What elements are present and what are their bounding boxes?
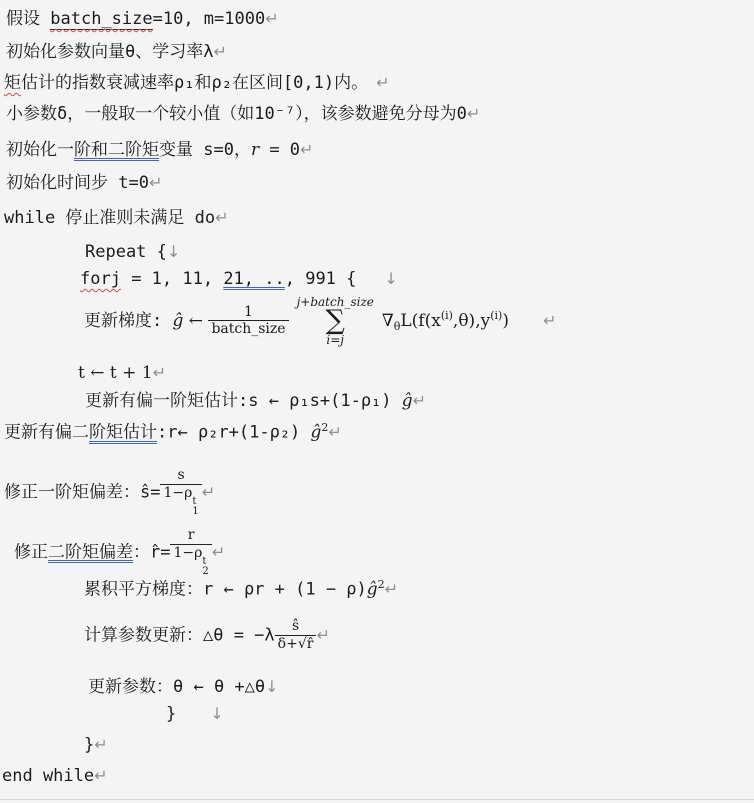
document-page[interactable]: 假设 batch_size=10, m=1000↵ 初始化参数向量θ、学习率λ↵… <box>0 0 754 803</box>
paragraph-mark: ↵ <box>265 9 278 28</box>
line-init-timestep: 初始化时间步 t=0↵ <box>6 172 162 194</box>
fraction-numerator: ŝ <box>275 618 317 636</box>
linebreak-mark: ↓ <box>167 242 180 261</box>
paragraph-mark: ↵ <box>94 735 107 754</box>
forj-misspelled: forj <box>80 269 121 289</box>
init-timestep-text: 初始化时间步 t=0 <box>6 173 149 193</box>
first-moment-text: 更新有偏一阶矩估计:s ← ρ₁s+(1-ρ₁) <box>85 391 402 411</box>
linebreak-mark: ↓ <box>210 704 223 723</box>
denominator-base: 1−ρ <box>173 545 202 561</box>
line-update-gradient-formula: 更新梯度: ĝ ← 1batch_sizej+batch_size∑i=j∇θL… <box>84 296 556 346</box>
assume-values: =10, m=1000 <box>153 9 266 29</box>
accumulate-text: 累积平方梯度：r ← ρr + (1 − ρ) <box>84 580 367 600</box>
decay-rates-text: 估计的指数衰减速率ρ₁和ρ₂在区间[0,1)内。 <box>21 73 368 93</box>
while-text: while 停止准则未满足 do <box>4 208 215 228</box>
superscript-i-2: (i) <box>490 309 502 322</box>
paragraph-mark: ↵ <box>300 140 313 159</box>
line-while-do: while 停止准则未满足 do↵ <box>4 207 229 229</box>
fraction-numerator: 1 <box>208 304 288 322</box>
line-for-loop: forj = 1, 11, 21, .., 991 {↓ <box>80 268 398 290</box>
paragraph-mark: ↵ <box>385 580 398 599</box>
update-fraction: ŝδ+√r̂ <box>275 618 317 653</box>
paragraph-mark: ↵ <box>149 173 162 192</box>
line-biased-first-moment: 更新有偏一阶矩估计:s ← ρ₁s+(1-ρ₁) ĝ↵ <box>85 390 426 412</box>
assign-arrow: ← <box>183 311 208 331</box>
rho-subscript-2: 2 <box>202 567 208 578</box>
grammar-flagged-phrase: 阶矩估计 <box>89 423 157 443</box>
paragraph-mark: ↵ <box>543 311 556 330</box>
sigma-symbol: ∑ <box>326 308 345 334</box>
paragraph-mark: ↵ <box>215 208 228 227</box>
compute-update-label: 计算参数更新：△θ = −λ <box>84 625 275 645</box>
squared-exponent: 2 <box>378 578 385 591</box>
loss-body-2: ,θ),y <box>453 311 490 331</box>
var-r: r <box>251 140 259 160</box>
sum-lower-limit: i=j <box>326 334 344 346</box>
line-init-moments: 初始化一阶和二阶矩变量 s=0，r = 0↵ <box>6 139 313 161</box>
end-while-text: end while <box>2 766 94 786</box>
line-init-param-vector: 初始化参数向量θ、学习率λ↵ <box>6 41 227 63</box>
assume-text: 假设 <box>6 9 50 29</box>
init-moments-pre: 初始化一 <box>6 140 74 160</box>
init-moments-post: = 0 <box>259 140 300 160</box>
s-hat-fraction: s1−ρt1 <box>160 467 201 518</box>
grammar-flagged-phrase: 二阶矩偏差 <box>48 542 133 562</box>
for-loop-mid: = 1, 11, <box>121 269 223 289</box>
one-over-batchsize-fraction: 1batch_size <box>208 304 288 339</box>
linebreak-mark: ↓ <box>384 269 397 288</box>
paragraph-mark: ↵ <box>316 625 329 644</box>
line-close-brace-inner: }↓ <box>166 703 224 725</box>
increment-t-text: t ← t + 1 <box>78 363 153 383</box>
second-moment-pre: 更新有偏二 <box>4 423 89 443</box>
fraction-numerator: s <box>160 467 201 485</box>
loss-body-1: L(f(x <box>400 311 440 331</box>
loss-body-3: ) <box>502 311 509 331</box>
paragraph-mark: ↵ <box>94 766 107 785</box>
line-accumulate-squared-gradient: 累积平方梯度：r ← ρr + (1 − ρ)ĝ2↵ <box>84 578 398 601</box>
paragraph-mark: ↵ <box>202 482 215 501</box>
rho-sub-sup-stack: t2 <box>202 557 208 578</box>
line-repeat-open: Repeat {↓ <box>85 241 180 263</box>
superscript-i-1: (i) <box>441 309 453 322</box>
for-loop-post: , 991 { <box>285 269 357 289</box>
g-hat: ĝ <box>402 391 413 411</box>
init-moments-mid: 变量 s=0， <box>159 140 251 160</box>
g-hat: ĝ <box>311 423 322 443</box>
line-correct-first-moment-bias: 修正一阶矩偏差：ŝ=s1−ρt1↵ <box>4 467 215 518</box>
repeat-text: Repeat { <box>85 242 167 262</box>
close-brace: } <box>84 735 94 755</box>
update-gradient-label: 更新梯度: <box>84 311 172 331</box>
line-delta-small-value: 小参数δ，一般取一个较小值（如10⁻⁷），该参数避免分母为0↵ <box>6 103 480 125</box>
paragraph-mark: ↵ <box>376 73 389 92</box>
second-moment-mid: :r← ρ₂r+(1-ρ₂) <box>157 423 311 443</box>
paragraph-mark: ↵ <box>467 104 480 123</box>
fraction-denominator: 1−ρt1 <box>160 485 201 518</box>
fraction-denominator: 1−ρt2 <box>170 545 211 578</box>
line-close-brace-outer: }↵ <box>84 734 108 756</box>
nabla-symbol: ∇ <box>382 311 394 331</box>
linebreak-mark: ↓ <box>265 677 278 696</box>
fraction-denominator: δ+√r̂ <box>275 636 317 653</box>
correct-second-pre: 修正 <box>14 542 48 562</box>
line-biased-second-moment: 更新有偏二阶矩估计:r← ρ₂r+(1-ρ₂) ĝ2↵ <box>4 421 342 444</box>
paragraph-mark: ↵ <box>413 391 426 410</box>
batchsize-misspelled: batch_size <box>50 9 152 29</box>
rho-subscript-1: 1 <box>192 507 198 518</box>
line-moment-decay-rates: 矩估计的指数衰减速率ρ₁和ρ₂在区间[0,1)内。↵ <box>4 72 390 94</box>
page-bottom-divider <box>0 799 754 800</box>
summation: j+batch_size∑i=j <box>297 296 374 346</box>
paragraph-mark: ↵ <box>212 542 225 561</box>
denominator-base: 1−ρ <box>163 485 192 501</box>
apply-update-text: 更新参数：θ ← θ +△θ <box>88 677 265 697</box>
line-assume-batchsize: 假设 batch_size=10, m=1000↵ <box>6 8 279 30</box>
close-brace: } <box>166 704 176 724</box>
delta-text: 小参数δ，一般取一个较小值（如10⁻⁷），该参数避免分母为0 <box>6 104 467 124</box>
init-param-text: 初始化参数向量θ、学习率λ <box>6 42 213 62</box>
g-hat: ĝ <box>172 311 183 331</box>
line-end-while: end while↵ <box>2 765 108 787</box>
line-increment-t: t ← t + 1↵ <box>78 362 166 384</box>
batchsize-underlined: batch_size <box>50 9 152 30</box>
line-compute-update: 计算参数更新：△θ = −λŝδ+√r̂↵ <box>84 618 330 653</box>
grammar-flagged-phrase: 阶和二阶矩 <box>74 140 159 160</box>
grammar-flagged-sequence: 21, .. <box>223 269 284 289</box>
fraction-numerator: r <box>170 527 211 545</box>
paragraph-mark: ↵ <box>153 363 166 382</box>
correct-second-label: ：r̂= <box>133 542 170 562</box>
line-correct-second-moment-bias: 修正二阶矩偏差：r̂=r1−ρt2↵ <box>14 527 225 578</box>
ju-misspelled: 矩 <box>4 73 21 93</box>
line-apply-update: 更新参数：θ ← θ +△θ↓ <box>88 676 279 698</box>
correct-first-label: 修正一阶矩偏差：ŝ= <box>4 482 160 502</box>
fraction-denominator: batch_size <box>208 321 288 338</box>
paragraph-mark: ↵ <box>213 42 226 61</box>
rho-sub-sup-stack: t1 <box>192 497 198 518</box>
paragraph-mark: ↵ <box>328 423 341 442</box>
g-hat: ĝ <box>367 580 378 600</box>
r-hat-fraction: r1−ρt2 <box>170 527 211 578</box>
